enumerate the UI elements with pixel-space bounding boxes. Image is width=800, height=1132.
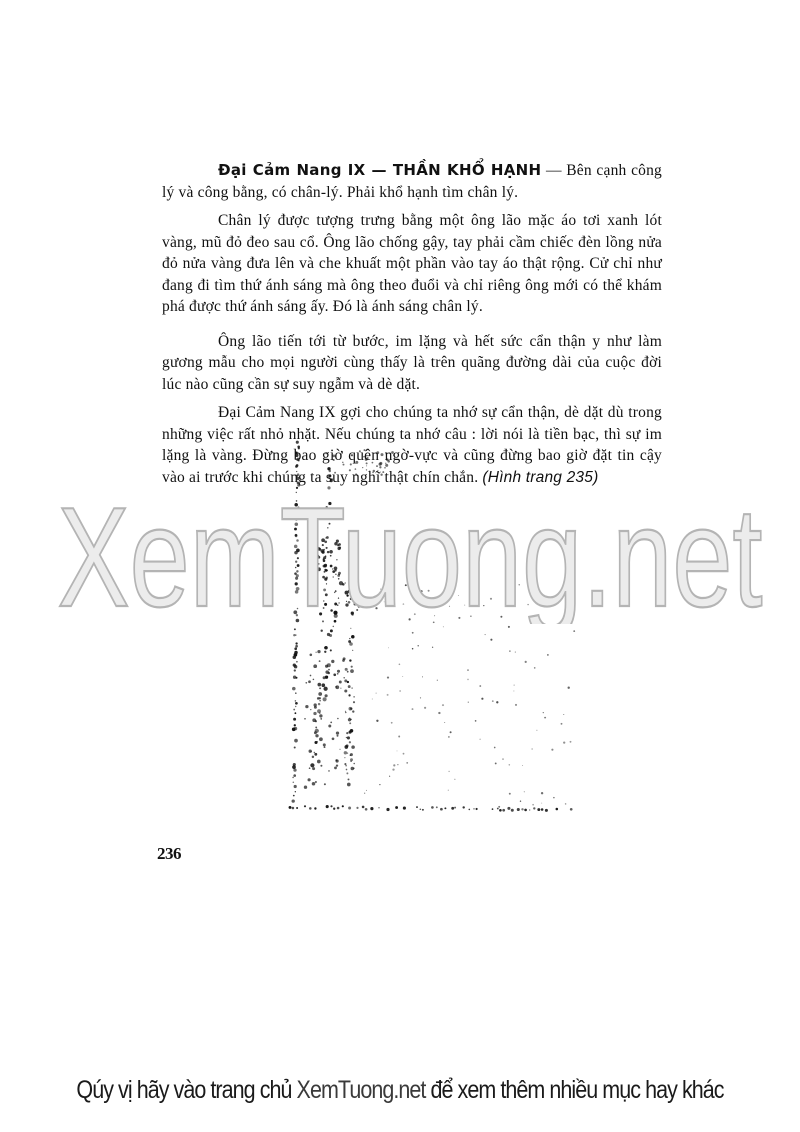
body-text: Đại Cảm Nang IX — THẦN KHỔ HẠNH — Bên cạ… (162, 160, 662, 488)
scanned-book-page: XemTuong.net Đại Cảm Nang IX — THẦN KHỔ … (0, 0, 800, 1132)
footer-text-after: để xem thêm nhiều mục hay khác (425, 1076, 723, 1104)
paragraph: Chân lý được tượng trưng bằng một ông lã… (162, 210, 662, 318)
section-heading: Đại Cảm Nang IX — THẦN KHỔ HẠNH (218, 161, 541, 179)
paragraph: Đại Cảm Nang IX gợi cho chúng ta nhớ sự … (162, 402, 662, 488)
footer-banner: Qúy vị hãy vào trang chủ XemTuong.net để… (56, 1076, 744, 1105)
paragraph: Ông lão tiến tới từ bước, im lặng và hết… (162, 331, 662, 396)
paragraph-heading: Đại Cảm Nang IX — THẦN KHỔ HẠNH — Bên cạ… (162, 160, 662, 203)
figure-reference: (Hình trang 235) (482, 469, 598, 486)
old-man-illustration (280, 430, 580, 820)
homepage-link[interactable]: XemTuong.net (297, 1076, 426, 1104)
page-number: 236 (157, 844, 181, 864)
footer-text-before: Qúy vị hãy vào trang chủ (76, 1076, 296, 1104)
